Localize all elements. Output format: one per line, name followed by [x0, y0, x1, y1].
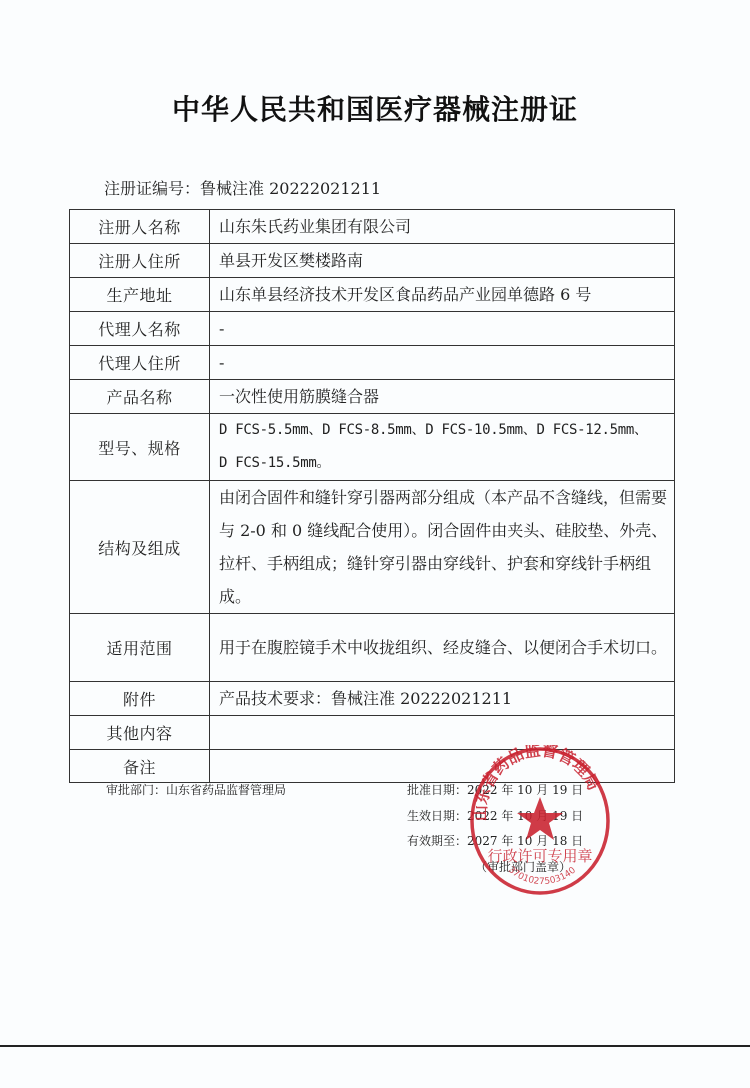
row-value: [210, 750, 675, 783]
table-row: 注册人住所 单县开发区樊楼路南: [70, 244, 675, 278]
document-title: 中华人民共和国医疗器械注册证: [0, 88, 750, 128]
row-value: 由闭合固件和缝针穿引器两部分组成（本产品不含缝线，但需要与 2-0 和 0 缝线…: [210, 481, 675, 614]
table-row: 附件 产品技术要求：鲁械注准 20222021211: [70, 682, 675, 716]
table-row: 备注: [70, 750, 675, 783]
seal-note: （审批部门盖章）: [407, 858, 583, 884]
row-label: 注册人住所: [70, 244, 210, 278]
bottom-divider: [0, 1045, 750, 1047]
table-row: 代理人名称 -: [70, 312, 675, 346]
table-row: 结构及组成 由闭合固件和缝针穿引器两部分组成（本产品不含缝线，但需要与 2-0 …: [70, 481, 675, 614]
effective-date: 生效日期：2022 年 10 月 19 日: [407, 807, 583, 833]
row-value: -: [210, 346, 675, 380]
table-row: 型号、规格 D FCS-5.5mm、D FCS-8.5mm、D FCS-10.5…: [70, 414, 675, 481]
row-label: 结构及组成: [70, 481, 210, 614]
registration-number-value: 鲁械注准 20222021211: [200, 179, 381, 198]
approval-date: 批准日期：2022 年 10 月 19 日: [407, 781, 583, 807]
row-value: [210, 716, 675, 750]
certificate-table: 注册人名称 山东朱氏药业集团有限公司 注册人住所 单县开发区樊楼路南 生产地址 …: [69, 209, 675, 783]
table-row: 代理人住所 -: [70, 346, 675, 380]
table-row: 注册人名称 山东朱氏药业集团有限公司: [70, 210, 675, 244]
row-value: D FCS-5.5mm、D FCS-8.5mm、D FCS-10.5mm、D F…: [210, 414, 675, 481]
table-row: 适用范围 用于在腹腔镜手术中收拢组织、经皮缝合、以便闭合手术切口。: [70, 614, 675, 682]
row-value: 山东单县经济技术开发区食品药品产业园单德路 6 号: [210, 278, 675, 312]
row-value: 单县开发区樊楼路南: [210, 244, 675, 278]
row-label: 产品名称: [70, 380, 210, 414]
table-row: 生产地址 山东单县经济技术开发区食品药品产业园单德路 6 号: [70, 278, 675, 312]
spec-line: D FCS-5.5mm、D FCS-8.5mm、D FCS-10.5mm、D F…: [219, 414, 668, 447]
row-label: 其他内容: [70, 716, 210, 750]
spec-line: D FCS-15.5mm。: [219, 447, 668, 480]
registration-number: 注册证编号：鲁械注准 20222021211: [104, 176, 381, 199]
approval-department: 审批部门：山东省药品监督管理局: [106, 781, 286, 798]
row-value: -: [210, 312, 675, 346]
row-value: 产品技术要求：鲁械注准 20222021211: [210, 682, 675, 716]
row-value: 一次性使用筋膜缝合器: [210, 380, 675, 414]
row-label: 注册人名称: [70, 210, 210, 244]
row-label: 附件: [70, 682, 210, 716]
row-value: 山东朱氏药业集团有限公司: [210, 210, 675, 244]
registration-number-label: 注册证编号：: [104, 179, 200, 198]
table-row: 产品名称 一次性使用筋膜缝合器: [70, 380, 675, 414]
row-label: 型号、规格: [70, 414, 210, 481]
dates-block: 批准日期：2022 年 10 月 19 日 生效日期：2022 年 10 月 1…: [407, 781, 583, 883]
table-row: 其他内容: [70, 716, 675, 750]
row-label: 备注: [70, 750, 210, 783]
valid-until-date: 有效期至：2027 年 10 月 18 日: [407, 832, 583, 858]
row-label: 生产地址: [70, 278, 210, 312]
row-value: 用于在腹腔镜手术中收拢组织、经皮缝合、以便闭合手术切口。: [210, 614, 675, 682]
row-label: 代理人名称: [70, 312, 210, 346]
row-label: 代理人住所: [70, 346, 210, 380]
row-label: 适用范围: [70, 614, 210, 682]
